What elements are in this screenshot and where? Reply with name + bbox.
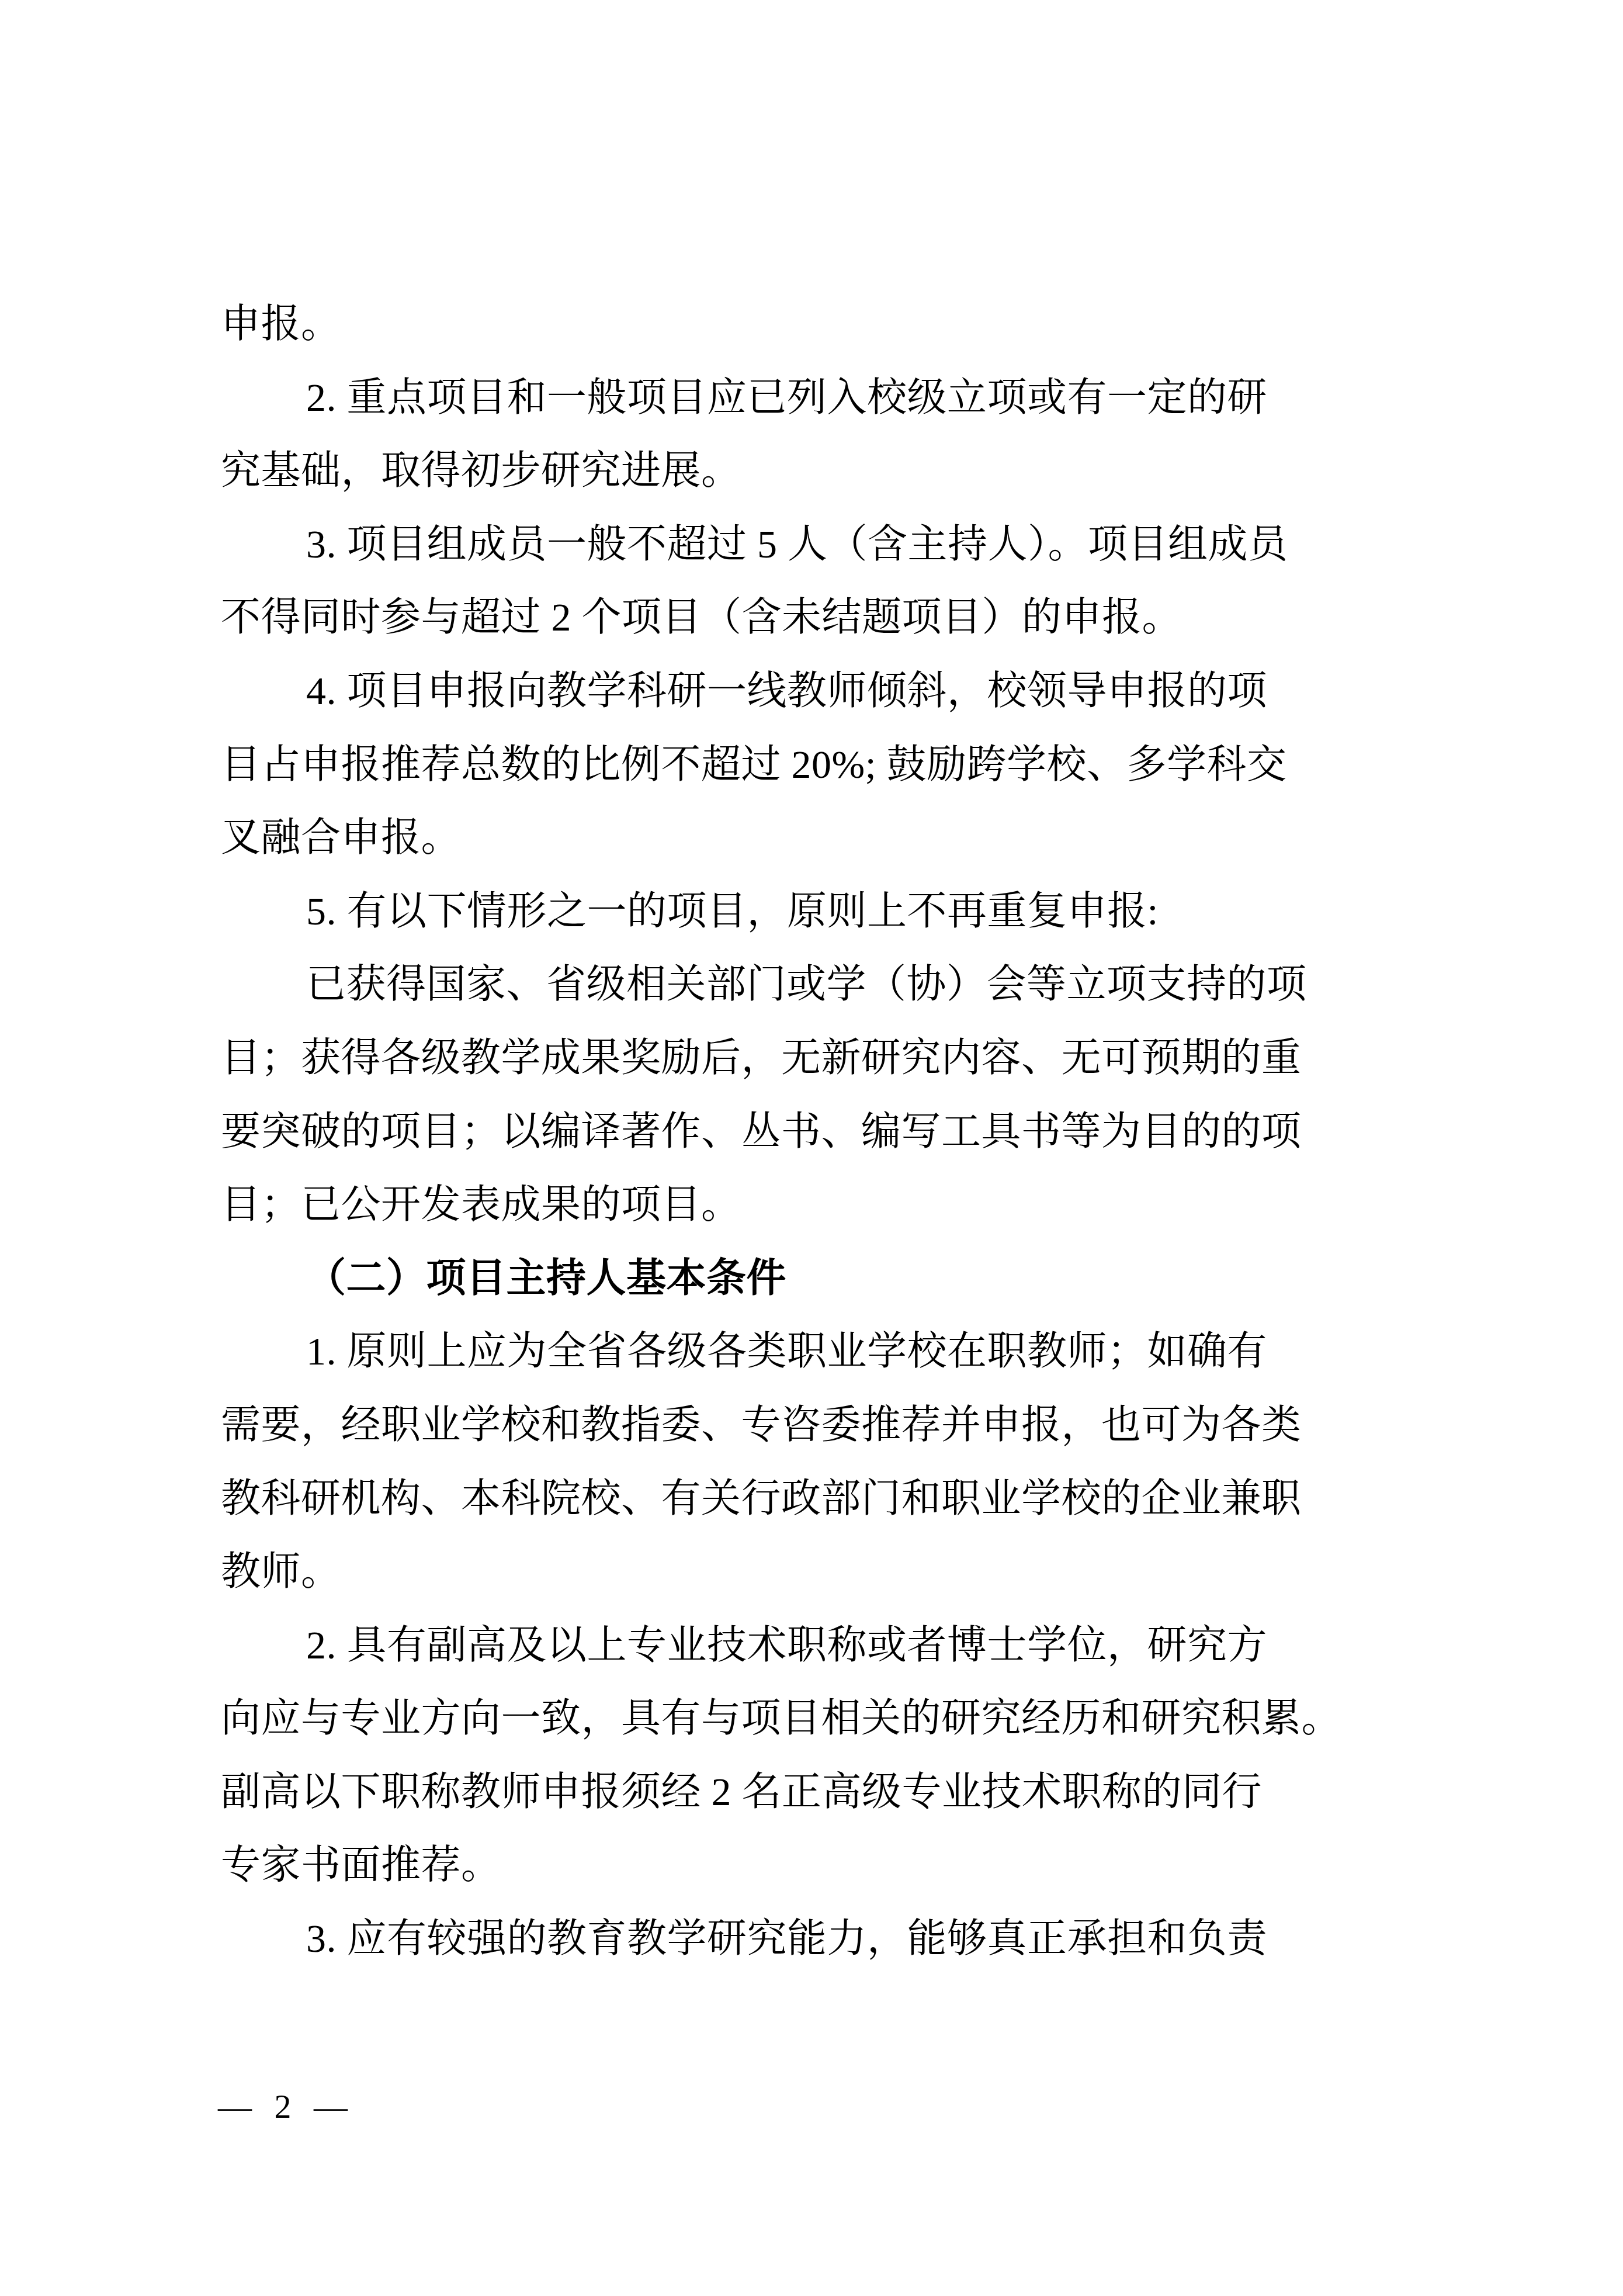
text-line: 目占申报推荐总数的比例不超过 20%; 鼓励跨学校、多学科交 [221, 728, 1426, 802]
text-line: 5. 有以下情形之一的项目，原则上不再重复申报: [221, 875, 1426, 948]
text-line: 3. 应有较强的教育教学研究能力，能够真正承担和负责 [221, 1902, 1426, 1976]
text-line: 已获得国家、省级相关部门或学（协）会等立项支持的项 [221, 948, 1426, 1021]
text-line: 目；获得各级教学成果奖励后，无新研究内容、无可预期的重 [221, 1021, 1426, 1095]
text-line: 叉融合申报。 [221, 801, 1426, 875]
text-line: 2. 具有副高及以上专业技术职称或者博士学位，研究方 [221, 1609, 1426, 1682]
page-number: — 2 — [218, 2080, 348, 2133]
text-line: 1. 原则上应为全省各级各类职业学校在职教师；如确有 [221, 1315, 1426, 1388]
text-line: 向应与专业方向一致，具有与项目相关的研究经历和研究积累。 [221, 1682, 1426, 1755]
text-line: 教师。 [221, 1535, 1426, 1609]
text-line: 申报。 [221, 288, 1426, 361]
text-line: 不得同时参与超过 2 个项目（含未结题项目）的申报。 [221, 581, 1426, 654]
text-line: 3. 项目组成员一般不超过 5 人（含主持人）。项目组成员 [221, 508, 1426, 581]
text-line: 副高以下职称教师申报须经 2 名正高级专业技术职称的同行 [221, 1755, 1426, 1829]
section-heading: （二）项目主持人基本条件 [221, 1242, 1426, 1315]
text-line: 2. 重点项目和一般项目应已列入校级立项或有一定的研 [221, 361, 1426, 435]
text-line: 教科研机构、本科院校、有关行政部门和职业学校的企业兼职 [221, 1462, 1426, 1536]
document-page: 申报。 2. 重点项目和一般项目应已列入校级立项或有一定的研 究基础，取得初步研… [0, 0, 1623, 2296]
text-line: 要突破的项目；以编译著作、丛书、编写工具书等为目的的项 [221, 1095, 1426, 1169]
text-line: 4. 项目申报向教学科研一线教师倾斜，校领导申报的项 [221, 654, 1426, 728]
text-line: 究基础，取得初步研究进展。 [221, 434, 1426, 508]
text-line: 目；已公开发表成果的项目。 [221, 1168, 1426, 1242]
document-body: 申报。 2. 重点项目和一般项目应已列入校级立项或有一定的研 究基础，取得初步研… [221, 288, 1426, 1976]
text-line: 需要，经职业学校和教指委、专咨委推荐并申报，也可为各类 [221, 1388, 1426, 1462]
text-line: 专家书面推荐。 [221, 1829, 1426, 1902]
